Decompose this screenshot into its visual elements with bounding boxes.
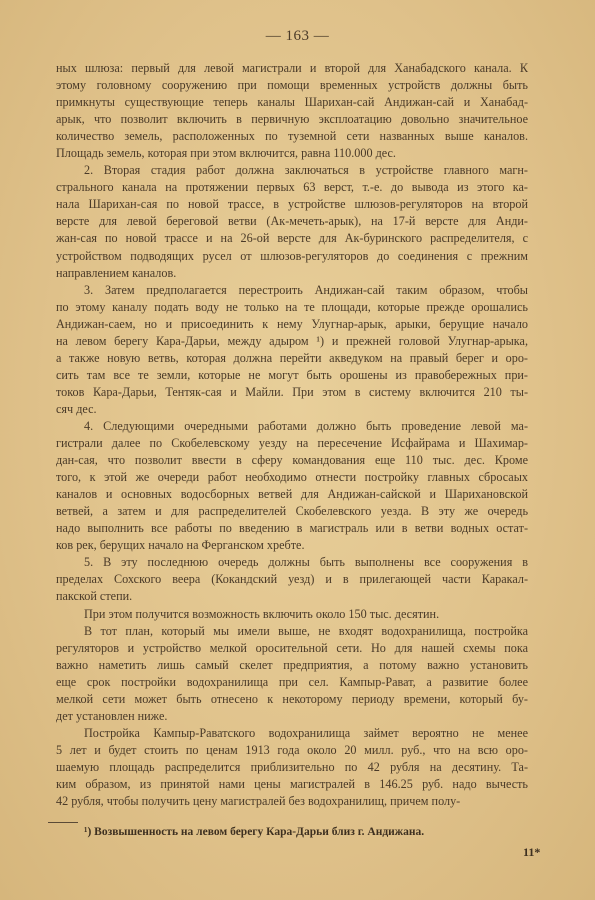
text-line: шаемую площадь распределится приблизител…: [56, 759, 528, 776]
text-line: регуляторов и устройство мелкой оросител…: [56, 640, 528, 657]
page-number: — 163 —: [0, 28, 595, 45]
text-line: сяч дес.: [56, 401, 528, 418]
text-line: устройством подводящих русел от шлюзов-р…: [56, 248, 528, 265]
text-line: на левом берегу Кара-Дарьи, между адыром…: [56, 333, 528, 350]
text-line: дет установлен ниже.: [56, 708, 528, 725]
text-line: сить там все те земли, которые не могут …: [56, 367, 528, 384]
text-line: токов Кара-Дарьи, Тентяк-сая и Майли. Пр…: [56, 384, 528, 401]
text-line: версте для левой береговой ветви (Ак-меч…: [56, 213, 528, 230]
text-line: мелкой сети может быть отнесено к некото…: [56, 691, 528, 708]
text-line: 4. Следующими очередными работами должно…: [56, 418, 528, 435]
text-line: Андижан-саем, но и присоединить к нему У…: [56, 316, 528, 333]
text-line: а также новую ветвь, которая должна пере…: [56, 350, 528, 367]
text-line: В тот план, который мы имели выше, не вх…: [56, 623, 528, 640]
text-line: 5 лет и будет стоить по ценам 1913 года …: [56, 742, 528, 759]
text-line: Площадь земель, которая при этом включит…: [56, 145, 528, 162]
text-line: гистрали далее по Скобелевскому уезду на…: [56, 435, 528, 452]
signature-mark: 11*: [523, 845, 540, 860]
text-line: направлением каналов.: [56, 265, 528, 282]
text-line: 3. Затем предполагается перестроить Анди…: [56, 282, 528, 299]
footnote: ¹) Возвышенность на левом берегу Кара-Да…: [84, 826, 424, 838]
paragraph: 5. В эту последнюю очередь должны быть в…: [56, 554, 528, 605]
paragraph: ных шлюза: первый для левой магистрали и…: [56, 60, 528, 162]
text-line: жан-сая по новой трассе и на 26-ой верст…: [56, 230, 528, 247]
body-text: ных шлюза: первый для левой магистрали и…: [56, 60, 528, 810]
paragraph: 2. Вторая стадия работ должна заключатьс…: [56, 162, 528, 281]
text-line: надо выполнить все работы по введению в …: [56, 520, 528, 537]
paragraph: При этом получится возможность включить …: [56, 606, 528, 623]
footnote-divider: [48, 822, 78, 823]
footnote-marker: ¹): [84, 826, 91, 838]
paragraph: Постройка Кампыр-Раватского водохранилищ…: [56, 725, 528, 810]
text-line: 42 рубля, чтобы получить цену магистрале…: [56, 793, 528, 810]
text-line: примкнуты существующие теперь каналы Шар…: [56, 94, 528, 111]
text-line: еще срок постройки водохранилища при сел…: [56, 674, 528, 691]
text-line: количество земель, расположенных по тузе…: [56, 128, 528, 145]
text-line: Постройка Кампыр-Раватского водохранилищ…: [56, 725, 528, 742]
text-line: дан-сая, что позволит ввести в сферу ком…: [56, 452, 528, 469]
text-line: 2. Вторая стадия работ должна заключатьс…: [56, 162, 528, 179]
text-line: ветвей, а затем и для распределителей Ск…: [56, 503, 528, 520]
text-line: стрального канала на протяжении первых 6…: [56, 179, 528, 196]
text-line: При этом получится возможность включить …: [56, 606, 528, 623]
text-line: арык, что позволит включить в первичную …: [56, 111, 528, 128]
text-line: пакской степи.: [56, 588, 528, 605]
text-line: каналов и основных водосборных ветвей дл…: [56, 486, 528, 503]
text-line: нала Шарихан-сая по новой трассе, в устр…: [56, 196, 528, 213]
paragraph: 4. Следующими очередными работами должно…: [56, 418, 528, 554]
paragraph: 3. Затем предполагается перестроить Анди…: [56, 282, 528, 418]
text-line: пределах Сохского веера (Кокандский уезд…: [56, 571, 528, 588]
text-line: того, к этой же очереди работ необходимо…: [56, 469, 528, 486]
text-line: ков рек, берущих начало на Ферганском хр…: [56, 537, 528, 554]
text-line: 5. В эту последнюю очередь должны быть в…: [56, 554, 528, 571]
footnote-text: Возвышенность на левом берегу Кара-Дарьи…: [94, 826, 424, 838]
text-line: этому головному сооружению при помощи вр…: [56, 77, 528, 94]
text-line: по этому каналу подать воду не только на…: [56, 299, 528, 316]
text-line: ных шлюза: первый для левой магистрали и…: [56, 60, 528, 77]
text-line: ким образом, из принятой нами цены магис…: [56, 776, 528, 793]
text-line: важно наметить лишь самый скелет предпри…: [56, 657, 528, 674]
paragraph: В тот план, который мы имели выше, не вх…: [56, 623, 528, 725]
